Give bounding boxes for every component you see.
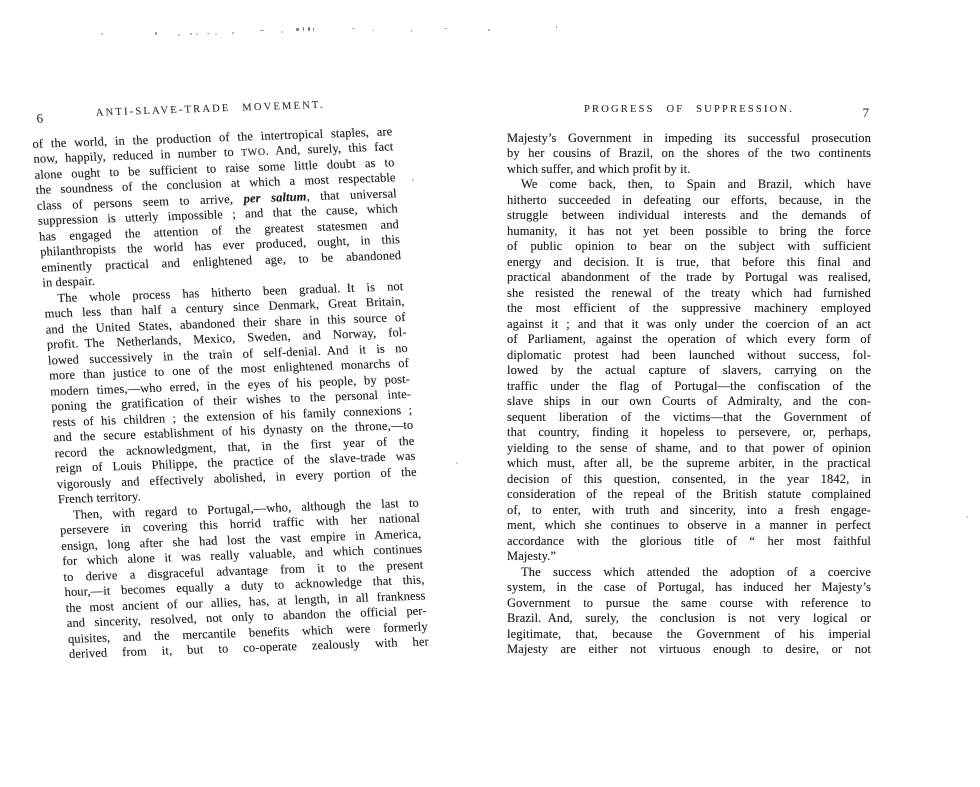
right-page-text: Majesty’s Government in impeding its suc… (507, 131, 871, 658)
text-line: Majesty are either not virtuous enough t… (507, 642, 871, 658)
text-line: of Parliament, against the operation of … (507, 332, 871, 348)
scan-speck (966, 516, 968, 518)
scan-speck (372, 30, 374, 31)
scan-speck (445, 28, 447, 29)
right-page-number: 7 (863, 105, 870, 121)
text-line: practical abandonment of the trade by Po… (507, 270, 871, 286)
scan-speck (178, 34, 180, 36)
text-line: yielding to the sense of shame, and to t… (507, 441, 871, 457)
text-line: The success which attended the adoption … (507, 565, 871, 581)
text-line: sequent liberation of the victims—that t… (507, 410, 871, 426)
text-line: which suffer, and which profit by it. (507, 162, 871, 178)
scan-speck (556, 26, 557, 28)
text-line: of, to enter, with truth and sincerity, … (507, 503, 871, 519)
text-line: the most efficient of the suppressive ma… (507, 301, 871, 317)
right-page: PROGRESS OF SUPPRESSION. 7 Majesty’s Gov… (507, 104, 871, 658)
text-line: consideration of the repeal of the Briti… (507, 487, 871, 503)
scan-speck (313, 28, 314, 31)
book-scan-spread: 6 ANTI-SLAVE-TRADE MOVEMENT. of the worl… (0, 0, 980, 787)
scan-speck (352, 28, 355, 29)
left-page-number: 6 (36, 111, 44, 127)
scan-speck (412, 179, 414, 181)
text-line: ment, which she continues to observe in … (507, 518, 871, 534)
scan-speck (215, 33, 217, 35)
scan-speck (296, 28, 299, 31)
scan-speck (101, 33, 103, 35)
left-page-text: of the world, in the production of the i… (32, 124, 429, 663)
scan-speck (411, 30, 412, 32)
text-line: Majesty.” (507, 549, 871, 565)
text-line: by her cousins of Brazil, on the shores … (507, 146, 871, 162)
scan-speck (155, 32, 157, 35)
scan-speck (303, 27, 304, 31)
text-line: traffic under the flag of Portugal—the c… (507, 379, 871, 395)
left-page-header-row: 6 ANTI-SLAVE-TRADE MOVEMENT. (30, 97, 391, 127)
text-line: Brazil. And, surely, the conclusion is n… (507, 611, 871, 627)
text-line: system, in the case of Portugal, has ind… (507, 580, 871, 596)
left-page: 6 ANTI-SLAVE-TRADE MOVEMENT. of the worl… (30, 97, 429, 662)
text-line: legitimate, that, because the Government… (507, 627, 871, 643)
text-line: she resisted the renewal of the treaty w… (507, 286, 871, 302)
text-line: Government to pursue the same course wit… (507, 596, 871, 612)
text-line: decision of this question, consented, in… (507, 472, 871, 488)
text-line: that country, finding it hopeless to per… (507, 425, 871, 441)
text-line: of public opinion to bear on the subject… (507, 239, 871, 255)
text-line: energy and decision. It is true, that be… (507, 255, 871, 271)
scan-speck (190, 33, 192, 35)
scan-speck (281, 31, 283, 33)
text-line: diplomatic protest had been launched wit… (507, 348, 871, 364)
scan-speck (196, 33, 198, 35)
scan-speck (260, 30, 264, 31)
text-line: slave ships in our own Courts of Admiral… (507, 394, 871, 410)
text-line: Majesty’s Government in impeding its suc… (507, 131, 871, 147)
scan-speck (232, 32, 234, 34)
text-line: against it ; and that it was only under … (507, 317, 871, 333)
text-line: struggle between individual interests an… (507, 208, 871, 224)
text-line: humanity, it has not yet been possible t… (507, 224, 871, 240)
left-running-head: ANTI-SLAVE-TRADE MOVEMENT. (30, 97, 391, 121)
scan-speck (207, 33, 210, 34)
right-page-header-row: PROGRESS OF SUPPRESSION. 7 (507, 104, 871, 121)
text-line: accordance with the glorious title of “ … (507, 534, 871, 550)
scan-speck (488, 29, 490, 31)
scan-speck (308, 27, 310, 31)
text-line: hitherto succeeded in defeating our effo… (507, 193, 871, 209)
right-running-head: PROGRESS OF SUPPRESSION. (507, 104, 871, 115)
text-line: We come back, then, to Spain and Brazil,… (507, 177, 871, 193)
scan-speck (456, 462, 458, 464)
text-line: which must, after all, be the supreme ar… (507, 456, 871, 472)
text-line: lowed by the actual capture of slavers, … (507, 363, 871, 379)
